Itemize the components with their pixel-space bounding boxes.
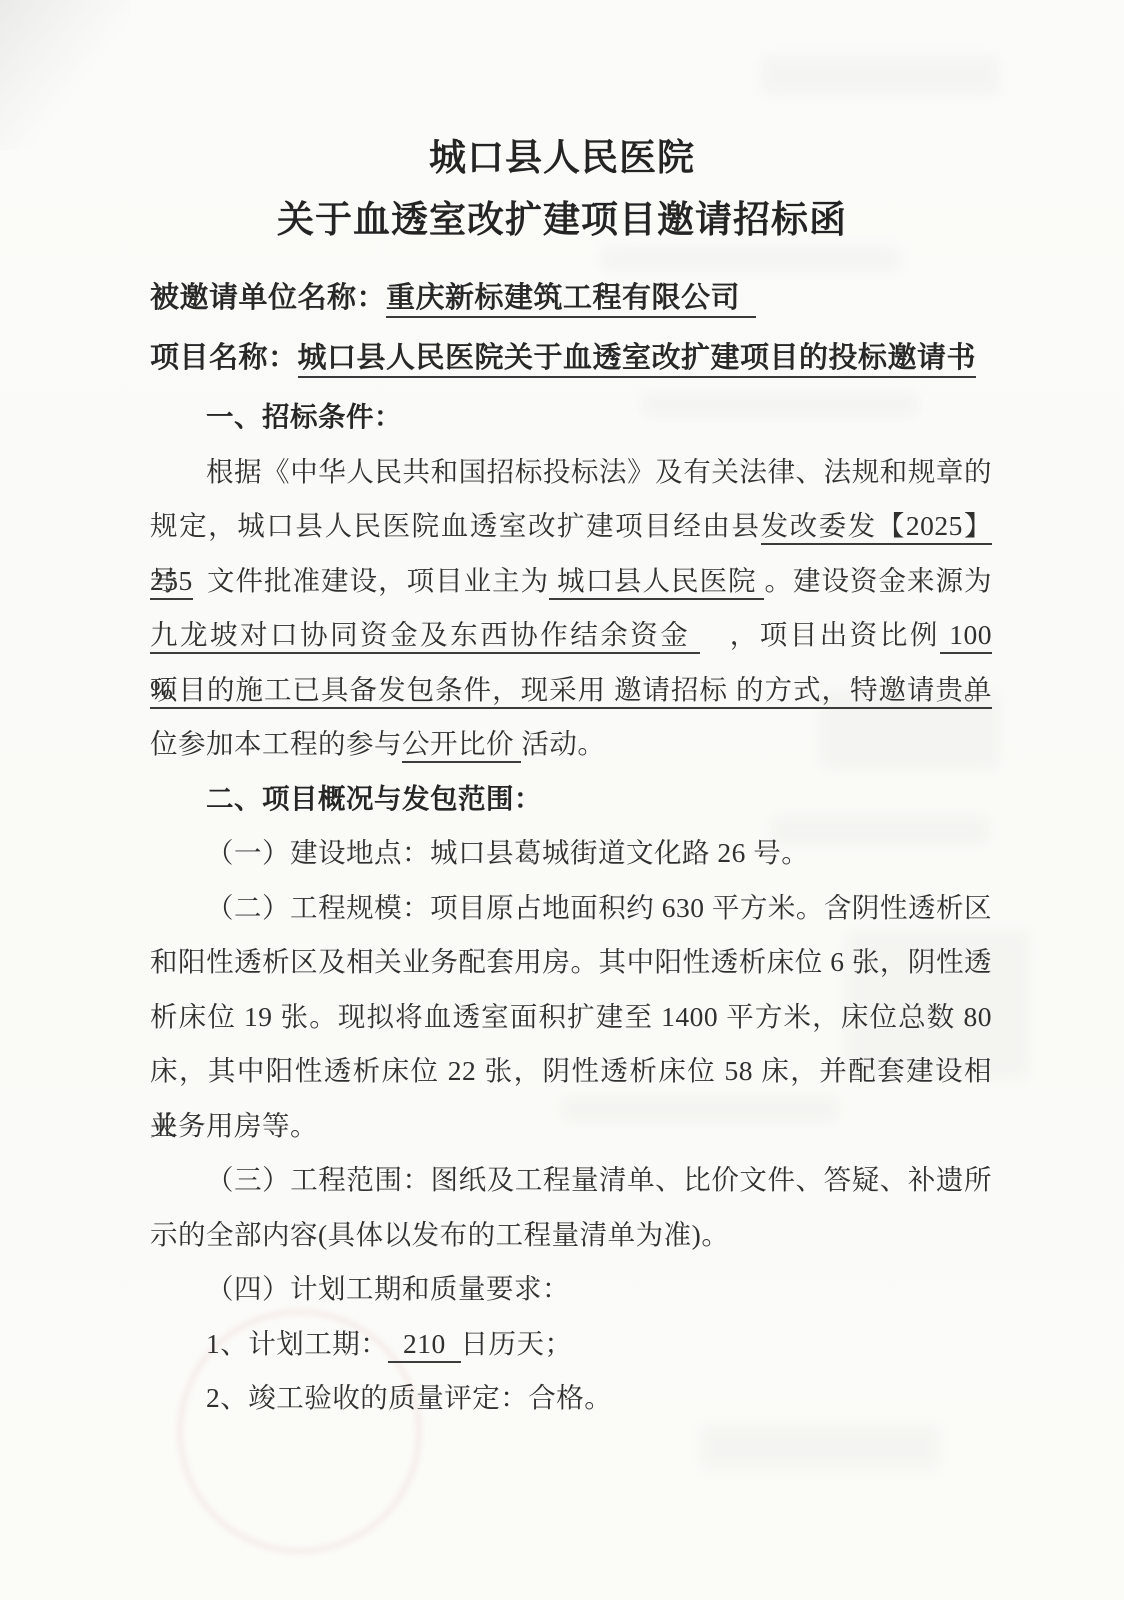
section-heading: 一、招标条件： [150,390,992,445]
project-name-label: 项目名称： [150,342,298,374]
project-name-row: 项目名称：城口县人民医院关于血透室改扩建项目的投标邀请书 [150,328,995,388]
body-line: 号 文件批准建设，项目业主为 城口县人民医院 。建设资金来源为 [150,554,992,609]
body-line: 业务用房等。 [150,1099,992,1154]
body-text: 文件批准建设，项目业主为 [179,565,550,596]
underlined-text: 九龙坡对口协同资金及东西协作结余资金 [150,619,700,654]
body-line: 项目的施工已具备发包条件，现采用 邀请招标 的方式，特邀请贵单 [150,663,992,718]
invited-unit-value: 重庆新标建筑工程有限公司 [386,282,756,318]
body-text: 位参加本工程的参与 [150,728,402,759]
underlined-text: 公开比价 [402,728,521,763]
bleed-through-ghost [700,1425,940,1470]
body-text: 和阳性透析区及相关业务配套用房。其中阳性透析床位 6 张，阴性透 [150,946,992,977]
underlined-text: 城口县人民医院 [549,565,764,600]
document-title-line2: 关于血透室改扩建项目邀请招标函 [0,189,1124,243]
underlined-text: 210 [388,1328,460,1363]
body-text: 二、项目概况与发包范围： [206,783,542,814]
body-text: 规定，城口县人民医院血透室改扩建项目经由县 [150,510,761,541]
body-text: （一）建设地点：城口县葛城街道文化路 26 号。 [206,837,809,868]
body-line: 根据《中华人民共和国招标投标法》及有关法律、法规和规章的 [150,445,992,500]
body-line: 和阳性透析区及相关业务配套用房。其中阳性透析床位 6 张，阴性透 [150,935,992,990]
body-text: （二）工程规模：项目原占地面积约 630 平方米。含阴性透析区 [206,892,992,923]
underlined-text: 邀请招标 [606,674,736,709]
invited-unit-label: 被邀请单位名称： [150,282,386,314]
body-text: 一、招标条件： [206,401,402,432]
body-line: 规定，城口县人民医院血透室改扩建项目经由县发改委发【2025】255 [150,499,992,554]
body-text: 。建设资金来源为 [764,565,992,596]
body-lines: 一、招标条件：根据《中华人民共和国招标投标法》及有关法律、法规和规章的规定，城口… [150,390,992,1426]
scanned-document-page: 城口县人民医院 关于血透室改扩建项目邀请招标函 被邀请单位名称：重庆新标建筑工程… [0,0,1124,1600]
body-text: 的方式，特邀请贵单 [736,674,992,705]
section-heading: 二、项目概况与发包范围： [150,772,992,827]
body-text: 析床位 19 张。现拟将血透室面积扩建至 1400 平方米，床位总数 80 [150,1001,992,1032]
body-line: 位参加本工程的参与公开比价 活动。 [150,717,992,772]
invited-unit-row: 被邀请单位名称：重庆新标建筑工程有限公司 [150,268,995,328]
header-fields: 被邀请单位名称：重庆新标建筑工程有限公司 项目名称：城口县人民医院关于血透室改扩… [150,268,995,388]
body-text: 日历天； [461,1328,573,1359]
project-name-value: 城口县人民医院关于血透室改扩建项目的投标邀请书 [298,342,977,378]
body-text: 活动。 [521,728,605,759]
body-text: 2、竣工验收的质量评定：合格。 [206,1382,612,1413]
document-title-line1: 城口县人民医院 [0,127,1124,181]
body-line: （三）工程范围：图纸及工程量清单、比价文件、答疑、补遗所 [150,1153,992,1208]
body-line: 示的全部内容(具体以发布的工程量清单为准)。 [150,1208,992,1263]
body-line: （四）计划工期和质量要求： [150,1262,992,1317]
body-line: 析床位 19 张。现拟将血透室面积扩建至 1400 平方米，床位总数 80 [150,990,992,1045]
body-text: ，项目出资比例 [700,619,940,650]
body-text: （四）计划工期和质量要求： [206,1273,570,1304]
body-line: 床，其中阳性透析床位 22 张，阴性透析床位 58 床，并配套建设相关 [150,1044,992,1099]
body-text: 项目的施工已具备发包条件，现采用 [150,674,606,705]
body-text: 根据《中华人民共和国招标投标法》及有关法律、法规和规章的 [206,456,992,487]
body-line: （二）工程规模：项目原占地面积约 630 平方米。含阴性透析区 [150,881,992,936]
body-text: 1、计划工期： [206,1328,388,1359]
body-line: 1、计划工期： 210 日历天； [150,1317,992,1372]
body-text: （三）工程范围：图纸及工程量清单、比价文件、答疑、补遗所 [206,1164,992,1195]
body-text: 业务用房等。 [150,1110,318,1141]
body-text: 示的全部内容(具体以发布的工程量清单为准)。 [150,1219,729,1250]
body-line: （一）建设地点：城口县葛城街道文化路 26 号。 [150,826,992,881]
underlined-text: 号 [150,565,179,600]
bleed-through-ghost [760,55,1000,95]
body-line: 九龙坡对口协同资金及东西协作结余资金 ，项目出资比例 100 %。 [150,608,992,663]
body-line: 2、竣工验收的质量评定：合格。 [150,1371,992,1426]
